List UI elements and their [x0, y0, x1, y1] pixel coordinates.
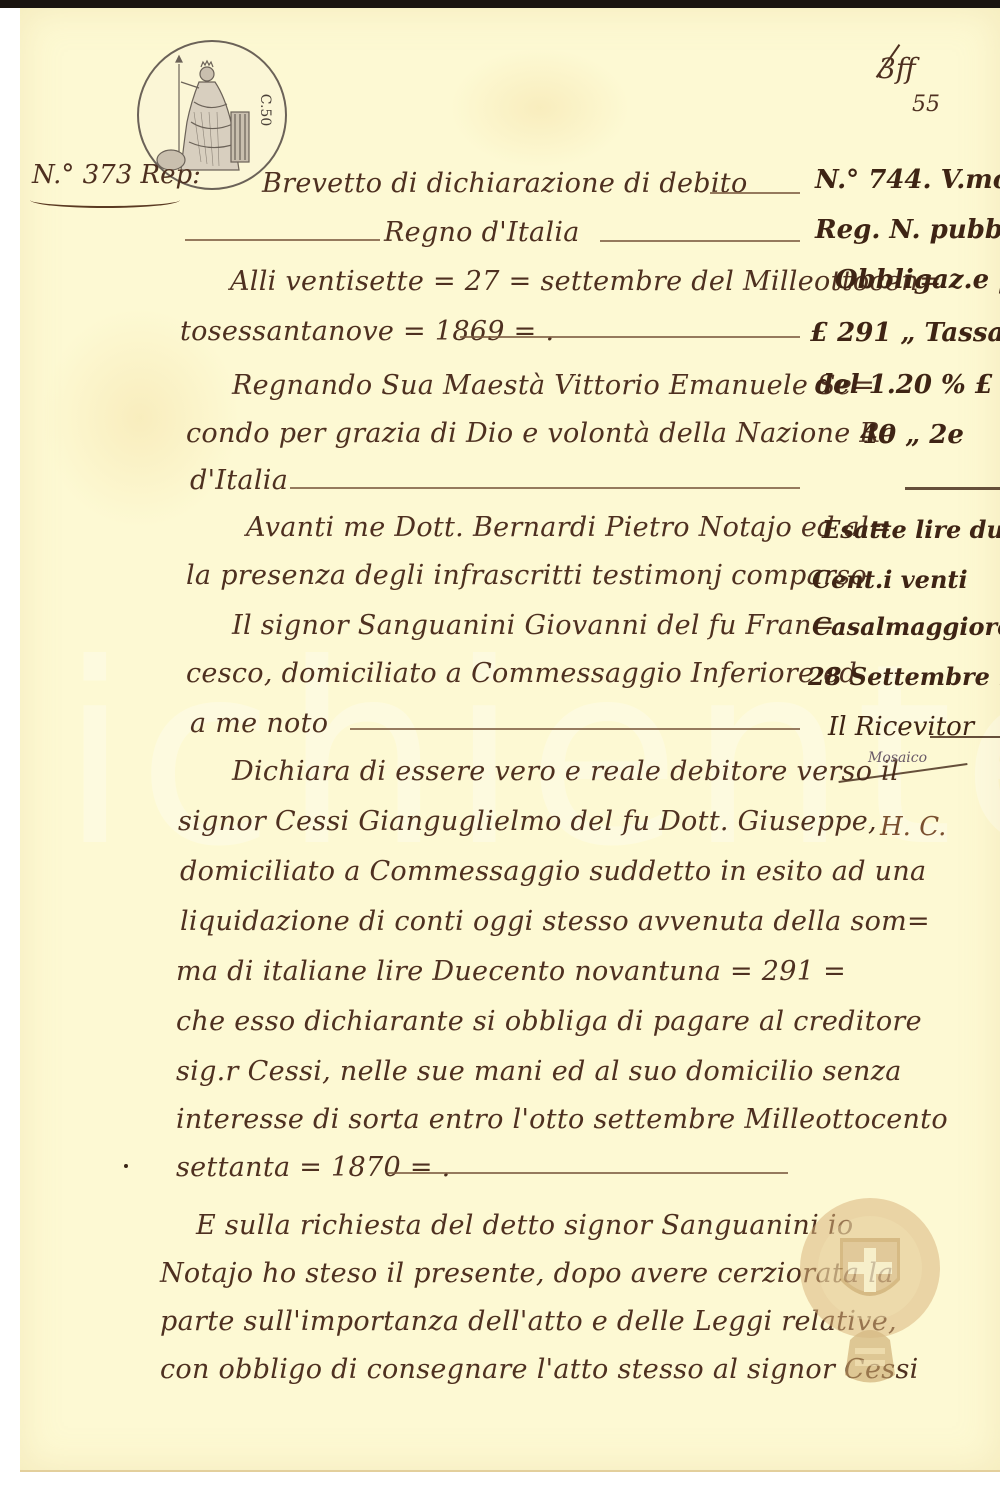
registration-amount: £ 291 „ Tassa — [810, 318, 1000, 348]
text-line: a me noto — [190, 708, 328, 739]
paper-stain — [450, 48, 630, 168]
text-line: tosessantanove = 1869 = . — [180, 316, 554, 347]
text-line: che esso dichiarante si obbliga di pagar… — [176, 1006, 922, 1037]
registration-date: 28 Settembre 1869 — [808, 662, 1000, 691]
repertory-underline — [30, 192, 180, 208]
text-line: Il signor Sanguanini Giovanni del fu Fra… — [232, 610, 835, 641]
text-line: settanta = 1870 = . — [176, 1152, 451, 1183]
registration-annotation: Obbligaz.e per — [835, 265, 1000, 295]
line-filler — [710, 192, 800, 194]
signature-secondary: Mosaico — [868, 750, 927, 766]
page-reference-bottom: 55 — [912, 92, 940, 117]
text-line: cesco, domiciliato a Commessaggio Inferi… — [186, 658, 857, 689]
line-filler — [388, 1172, 788, 1174]
notary-seal — [795, 1180, 945, 1390]
registration-annotation: Cent.i venti — [812, 565, 968, 594]
scan-top-edge — [0, 0, 1000, 8]
text-line: Dichiara di essere vero e reale debitore… — [232, 756, 899, 787]
line-filler — [600, 240, 800, 242]
text-line: signor Cessi Gianguglielmo del fu Dott. … — [178, 806, 877, 837]
line-filler — [460, 336, 800, 338]
text-line: Regnando Sua Maestà Vittorio Emanuele Se… — [232, 370, 875, 401]
signature-initials: H. C. — [880, 812, 946, 842]
text-line: domiciliato a Commessaggio suddetto in e… — [180, 856, 926, 887]
registration-annotation: Esatte lire due — [822, 515, 1000, 544]
registration-number: N.° 744. V.mo 10 — [815, 165, 1000, 195]
line-filler — [350, 728, 800, 730]
ink-speck — [124, 1164, 128, 1168]
text-line: liquidazione di conti oggi stesso avvenu… — [180, 906, 930, 937]
stamp-denomination: C.50 — [257, 94, 273, 126]
registration-tax-cents: 40 „ 2e — [860, 420, 964, 450]
kingdom-heading: Regno d'Italia — [384, 217, 580, 248]
line-filler — [185, 239, 380, 241]
text-line: Avanti me Dott. Bernardi Pietro Notajo e… — [246, 512, 892, 543]
line-filler — [905, 487, 1000, 490]
savoy-cross-seal-icon — [795, 1180, 945, 1390]
line-filler — [290, 487, 800, 489]
text-line: E sulla richiesta del detto signor Sangu… — [196, 1210, 853, 1241]
text-line: sig.r Cessi, nelle sue mani ed al suo do… — [176, 1056, 902, 1087]
repertory-number: N.° 373 Rep: — [32, 160, 201, 190]
registration-annotation: Reg. N. pubbl. — [815, 215, 1000, 245]
text-line: interesse di sorta entro l'otto settembr… — [176, 1104, 948, 1135]
text-line: la presenza degli infrascritti testimonj… — [186, 560, 867, 591]
registration-office: Casalmaggiore — [812, 612, 1000, 641]
text-line: ma di italiane lire Duecento novantuna =… — [176, 956, 846, 987]
signature-flourish — [930, 736, 1000, 738]
text-line: condo per grazia di Dio e volontà della … — [186, 418, 896, 449]
text-line: d'Italia — [190, 465, 288, 496]
doc-title: Brevetto di dichiarazione di debito — [262, 168, 748, 199]
text-line: Notajo ho steso il presente, dopo avere … — [160, 1258, 894, 1289]
text-line: parte sull'importanza dell'atto e delle … — [160, 1306, 897, 1337]
registration-tax: del 1.20 % £ 2. — [815, 370, 1000, 400]
